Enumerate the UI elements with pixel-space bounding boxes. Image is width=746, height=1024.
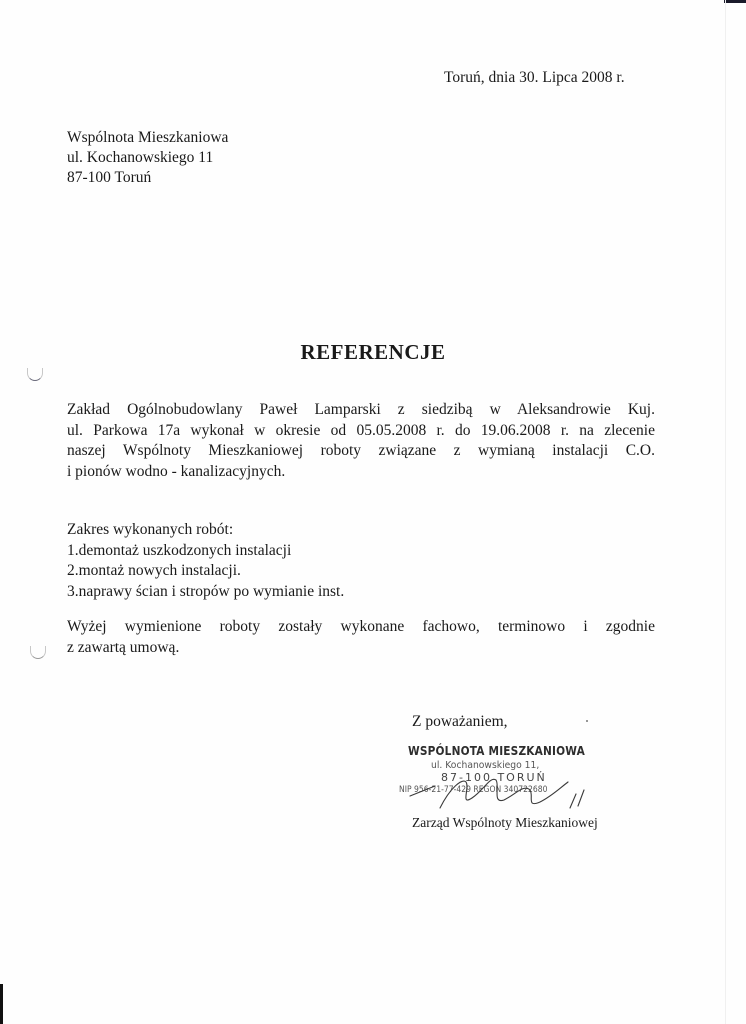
paragraph-line: i pionów wodno - kanalizacyjnych. xyxy=(67,462,655,483)
scope-item: 1.demontaż uszkodzonych instalacji xyxy=(67,541,344,562)
scan-speck xyxy=(586,720,588,722)
sender-name: Wspólnota Mieszkaniowa xyxy=(67,128,228,148)
paragraph-main: Zakład Ogólnobudowlany Paweł Lamparski z… xyxy=(67,400,655,482)
paragraph-conclusion: Wyżej wymienione roboty zostały wykonane… xyxy=(67,617,655,658)
document-page: Toruń, dnia 30. Lipca 2008 r. Wspólnota … xyxy=(0,0,746,1024)
page-fold-line xyxy=(725,0,726,1024)
scope-of-work: Zakres wykonanych robót: 1.demontaż uszk… xyxy=(67,520,344,602)
scan-edge-mark xyxy=(0,984,3,1024)
paragraph-line: ul. Parkowa 17a wykonał w okresie od 05.… xyxy=(67,421,655,442)
document-title: REFERENCJE xyxy=(0,340,746,365)
scan-edge-mark xyxy=(724,0,746,3)
signatory-title: Zarząd Wspólnoty Mieszkaniowej xyxy=(412,813,598,833)
handwritten-signature xyxy=(400,768,600,818)
paragraph-line: z zawartą umową. xyxy=(67,638,655,659)
sender-address: Wspólnota Mieszkaniowa ul. Kochanowskieg… xyxy=(67,128,228,188)
stamp-title: WSPÓLNOTA MIESZKANIOWA xyxy=(408,744,585,758)
punch-hole-mark xyxy=(27,368,43,381)
scope-item: 3.naprawy ścian i stropów po wymianie in… xyxy=(67,582,344,603)
scope-heading: Zakres wykonanych robót: xyxy=(67,520,344,541)
closing-salutation: Z poważaniem, xyxy=(412,712,508,732)
sender-city: 87-100 Toruń xyxy=(67,168,228,188)
paragraph-line: naszej Wspólnoty Mieszkaniowej roboty zw… xyxy=(67,441,655,462)
sender-street: ul. Kochanowskiego 11 xyxy=(67,148,228,168)
document-title-text: REFERENCJE xyxy=(300,340,445,365)
date-line: Toruń, dnia 30. Lipca 2008 r. xyxy=(444,68,625,88)
paragraph-line: Zakład Ogólnobudowlany Paweł Lamparski z… xyxy=(67,400,655,421)
paragraph-line: Wyżej wymienione roboty zostały wykonane… xyxy=(67,617,655,638)
scope-item: 2.montaż nowych instalacji. xyxy=(67,561,344,582)
punch-hole-mark xyxy=(30,646,46,659)
